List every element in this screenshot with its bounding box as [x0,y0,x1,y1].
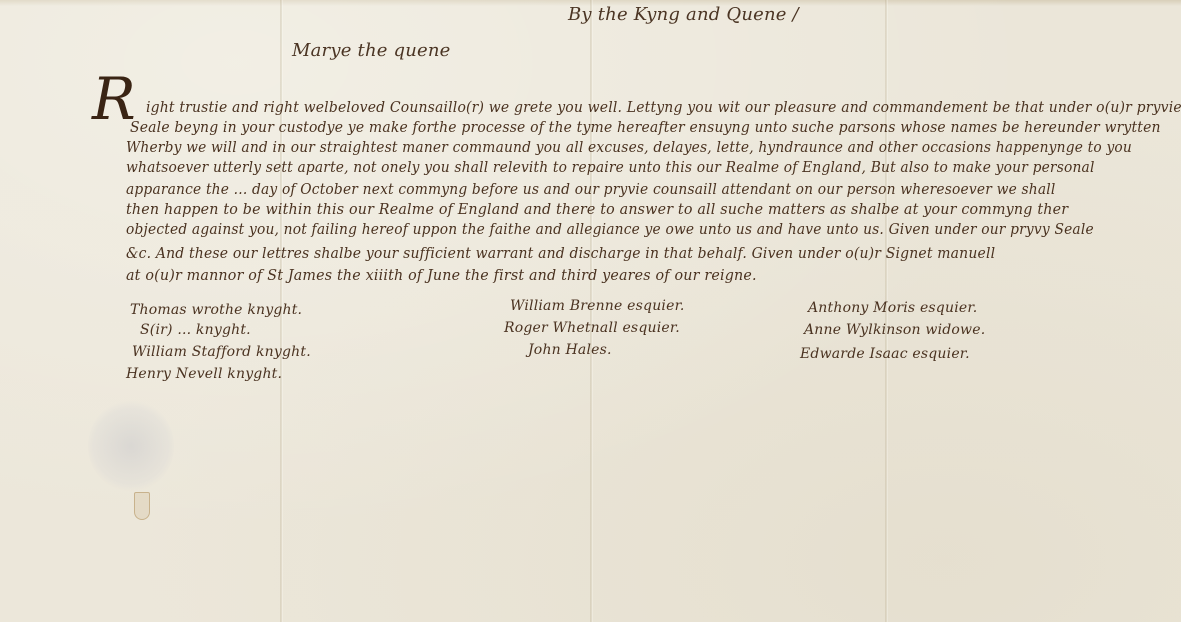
signature: Henry Nevell knyght. [126,366,282,382]
signature: Edwarde Isaac esquier. [800,346,970,362]
wax-seal-mark [88,400,174,492]
superscription: Marye the quene [292,40,451,61]
signature: John Hales. [528,342,612,358]
endorsement: By the Kyng and Quene / [568,4,799,25]
manuscript-page: By the Kyng and Quene / Marye the quene … [0,0,1181,622]
signature: Anthony Moris esquier. [808,300,977,316]
body-line: at o(u)r mannor of St James the xiiith o… [126,266,757,284]
signature: William Stafford knyght. [132,344,311,360]
seal-tag [134,492,150,520]
body-line: Seale beyng in your custodye ye make for… [130,118,1161,136]
body-line: objected against you, not failing hereof… [126,220,1094,238]
body-line: Wherby we will and in our straightest ma… [126,138,1132,156]
signature: Roger Whetnall esquier. [504,320,680,336]
body-line: whatsoever utterly sett aparte, not onel… [126,158,1095,176]
signature: William Brenne esquier. [510,298,685,314]
signature: Thomas wrothe knyght. [130,302,302,318]
body-line: &c. And these our lettres shalbe your su… [126,244,995,262]
body-line: then happen to be within this our Realme… [126,200,1068,218]
signature: Anne Wylkinson widowe. [804,322,985,338]
body-line: ight trustie and right welbeloved Counsa… [146,98,1181,116]
signature: S(ir) ... knyght. [140,322,251,338]
body-line: apparance the ... day of October next co… [126,180,1055,198]
